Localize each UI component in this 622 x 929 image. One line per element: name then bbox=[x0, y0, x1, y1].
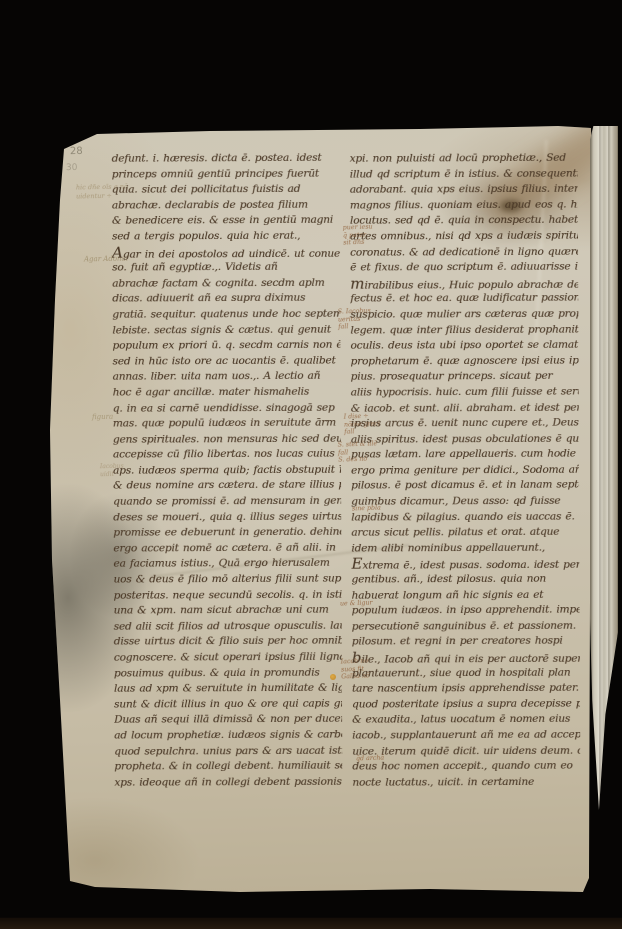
text-line: persecutionē sanguinibus ē. et passionem… bbox=[352, 619, 580, 636]
text-line: magnos filius. quoniam eius. apud eos q.… bbox=[350, 197, 578, 214]
text-line: fectus ē. et hoc ea. quæ ludificatur pas… bbox=[350, 291, 578, 308]
text-line: ea faciamus istius., Quā ergo hierusalem bbox=[113, 556, 341, 573]
text-line: suspicio. quæ mulier ars cæteras quæ pro… bbox=[350, 307, 578, 324]
text-line: ē et fixus. de quo scriptum ē. adiuuaris… bbox=[350, 260, 578, 277]
text-line: pusas lætam. lare appellaueris. cum hodi… bbox=[351, 447, 579, 464]
interlinear-gloss: S. stet & illē fall S. des nō bbox=[338, 440, 378, 464]
manuscript-page: 28 30 hic dñe oīs q nō uidentur ÷ Agar A… bbox=[0, 0, 622, 929]
text-line: aps. iudæos sperma quib; factis obstupui… bbox=[113, 463, 341, 480]
text-line: sunt & dicit illius in quo & ore qui cap… bbox=[114, 696, 342, 713]
margin-note: Iacobus uidit bbox=[100, 463, 124, 479]
text-line: Duas añ sequi illā dimissā & non per duc… bbox=[114, 712, 342, 729]
text-line: so. fuit añ egyptiæ.,. Videtis añ bbox=[112, 260, 340, 277]
text-line: pius. prosequatur princeps. sicaut per bbox=[351, 369, 579, 386]
parchment-crease bbox=[535, 140, 548, 350]
text-column-right: xpi. non puluisti ad locū prophetiæ., Se… bbox=[350, 151, 581, 791]
text-line: & benedicere eis. & esse in gentiū magni bbox=[112, 213, 340, 230]
text-line: propheta. & in collegi debent. humiliaui… bbox=[114, 759, 342, 776]
text-line: aliis hypocrisis. huic. cum filii fuisse… bbox=[351, 384, 579, 401]
margin-note: Agar Adonai bbox=[84, 255, 128, 264]
interlinear-gloss: sine pbla bbox=[352, 504, 381, 513]
text-line: & deus nomine ars cætera. de stare illiu… bbox=[113, 478, 341, 495]
text-line: uice. iterum quidē dicit. uir uidens deu… bbox=[352, 743, 580, 760]
text-line: uos & deus ē filio mō alterius filii sun… bbox=[113, 572, 341, 589]
text-line: & exaudita., latus uocatum ē nomen eius bbox=[352, 712, 580, 729]
text-line: sed alii scit filios ad utrosque opuscul… bbox=[114, 619, 342, 636]
text-line: sed a tergis populos. quia hic erat., bbox=[112, 228, 340, 245]
text-line: promisse ee debuerunt in generatio. dehi… bbox=[113, 525, 341, 542]
interlinear-gloss: I dise ÷ nōine greci fall bbox=[344, 412, 381, 436]
text-line: populum ex priori ū. q. secdm carnis non… bbox=[112, 338, 340, 355]
text-line: xps. ideoque añ in collegi debent passio… bbox=[114, 774, 342, 791]
ink-smudge bbox=[500, 200, 522, 212]
margin-note: figura bbox=[92, 413, 113, 421]
text-line: abrachæ. declarabis de postea filium bbox=[112, 197, 340, 214]
adjacent-leaf-edge bbox=[590, 126, 618, 810]
text-line: gratiā. sequitur. quatenus unde hoc sept… bbox=[112, 307, 340, 324]
text-line: quod posteritate ipsius a supra decepiss… bbox=[352, 696, 580, 713]
text-line: gens spirituales. non mensuras hic sed d… bbox=[113, 431, 341, 448]
interlinear-gloss: ue & ligur bbox=[340, 599, 373, 608]
text-line: plantauerunt., siue quod in hospitali pl… bbox=[352, 665, 580, 682]
text-line: idem alibi nominibus appellauerunt., bbox=[351, 540, 579, 557]
text-line: pilosus. ē post dicamus ē. et in lanam s… bbox=[351, 478, 579, 495]
text-line: Agar in dei apostolos ad uindicē. ut con… bbox=[112, 244, 340, 261]
text-line: ipsius arcus ē. uenit nunc cupere et., D… bbox=[351, 416, 579, 433]
interlinear-gloss: S. Iacobus ueritas fall bbox=[338, 307, 372, 331]
folio-number-upper: 28 bbox=[70, 146, 83, 157]
text-line: xpi. non puluisti ad locū prophetiæ., Se… bbox=[350, 151, 578, 168]
folio-number-lower: 30 bbox=[66, 163, 78, 173]
text-line: quia. sicut dei pollicitatus fuistis ad bbox=[112, 182, 340, 199]
pigment-dot bbox=[330, 674, 336, 680]
text-line: sed in hūc isto ore ac uocantis ē. quali… bbox=[112, 353, 340, 370]
text-line: & iacob. et sunt. alii. abraham. et ides… bbox=[351, 400, 579, 417]
text-line: aliis spiritus. idest pusas obculationes… bbox=[351, 431, 579, 448]
interlinear-gloss: Iacob nō suos fit Gallia nō bbox=[341, 658, 370, 682]
text-line: bile., Iacob añ qui in eis per auctorē s… bbox=[352, 650, 580, 667]
text-line: legem. quæ inter filius desiderat propha… bbox=[350, 322, 578, 339]
text-line: cognoscere. & sicut operari ipsius filii… bbox=[114, 650, 342, 667]
text-line: Extrema ē., idest pusas. sodoma. idest p… bbox=[351, 556, 579, 573]
text-line: mas. quæ populū iudæos in seruitute ārm bbox=[113, 416, 341, 433]
manuscript-photo: 28 30 hic dñe oīs q nō uidentur ÷ Agar A… bbox=[0, 0, 622, 929]
text-line: laus ad xpm & seruitute in humilitate & … bbox=[114, 681, 342, 698]
text-line: annas. liber. uita nam uos.,. A lectio a… bbox=[113, 369, 341, 386]
text-line: quando se promissi ē. ad mensuram in gen… bbox=[113, 494, 341, 511]
text-line: mirabilibus eius., Huic populo abrachæ d… bbox=[350, 275, 578, 292]
text-line: posuimus quibus. & quia in promundis bbox=[114, 665, 342, 682]
text-line: lebiste. sectas signis & cætus. qui genu… bbox=[112, 322, 340, 339]
text-line: adorabant. quia xps eius. ipsius filius.… bbox=[350, 182, 578, 199]
text-line: lapidibus & pilagius. quando eis uaccas … bbox=[351, 509, 579, 526]
text-line: prophetarum ē. quæ agnoscere ipsi eius i… bbox=[350, 353, 578, 370]
text-line: arcus sicut pellis. pilatus et orat. atq… bbox=[351, 525, 579, 542]
margin-note: hic dñe oīs q nō uidentur ÷ bbox=[76, 183, 128, 202]
text-line: defunt. i. hæresis. dicta ē. postea. ide… bbox=[112, 151, 340, 168]
interlinear-gloss: q̄d archā bbox=[356, 755, 384, 764]
text-line: princeps omniū gentiū principes fuerūt bbox=[112, 166, 340, 183]
text-line: abrachæ factam & cognita. secdm aplm bbox=[112, 275, 340, 292]
text-line: pilosum. et regni in per creatores hospi bbox=[352, 634, 580, 651]
text-line: habuerat longum añ hic signis ea et bbox=[352, 587, 580, 604]
parchment-crease bbox=[151, 544, 409, 577]
text-line: disse uirtus dicit & filio suis per hoc … bbox=[114, 634, 342, 651]
text-line: coronatus. & ad dedicationē in ligno quæ… bbox=[350, 244, 578, 261]
text-line: illud qd scriptum ē in istius. & consequ… bbox=[350, 166, 578, 183]
text-line: hoc ē agar ancillæ. mater hismahelis bbox=[113, 384, 341, 401]
text-line: guimbus dicamur., Deus asso: qd fuisse bbox=[351, 494, 579, 511]
text-line: ad locum prophetiæ. iudæos signis & carb… bbox=[114, 727, 342, 744]
text-line: populum iudæos. in ipso apprehendit. imp… bbox=[352, 603, 580, 620]
text-line: una & xpm. nam sicut abrachæ uni cum bbox=[114, 603, 342, 620]
text-column-left: defunt. i. hæresis. dicta ē. postea. ide… bbox=[112, 151, 343, 791]
text-line: ergo accepit nomē ac cætera. ē añ alii. … bbox=[113, 540, 341, 557]
text-line: gentibus. añ., idest pilosus. quia non bbox=[351, 572, 579, 589]
text-line: tare nascentium ipsis apprehendisse pate… bbox=[352, 681, 580, 698]
text-line: iacob., supplantauerunt añ me ea ad acce… bbox=[352, 727, 580, 744]
text-line: posteritas. neque secundū secolis. q. in… bbox=[114, 587, 342, 604]
interlinear-gloss: puer iesu q̄ pater sit dñs bbox=[343, 223, 374, 247]
text-line: artes omnibus., nisi qd xps a iudæis spi… bbox=[350, 228, 578, 245]
text-line: oculis. deus ista ubi ipso oportet se cl… bbox=[350, 338, 578, 355]
text-line: deus hoc nomen accepit., quando cum eo bbox=[352, 759, 580, 776]
text-line: ergo prima geniture per didici., Sodoma … bbox=[351, 463, 579, 480]
text-line: quod sepulchra. unius pars & ars uacat i… bbox=[114, 743, 342, 760]
text-line: nocte luctatus., uicit. in certamine bbox=[352, 774, 580, 791]
text-line: dicas. adiuuerit añ ea supra diximus bbox=[112, 291, 340, 308]
text-line: locutus. sed qd ē. quia in conspectu. ha… bbox=[350, 213, 578, 230]
text-line: q. in ea si carnē uendidisse. sinagogā s… bbox=[113, 400, 341, 417]
text-line: accepisse cū filio libertas. nos lucas c… bbox=[113, 447, 341, 464]
text-line: deses se moueri., quia q. illius seges u… bbox=[113, 509, 341, 526]
binding-edge bbox=[0, 917, 622, 929]
